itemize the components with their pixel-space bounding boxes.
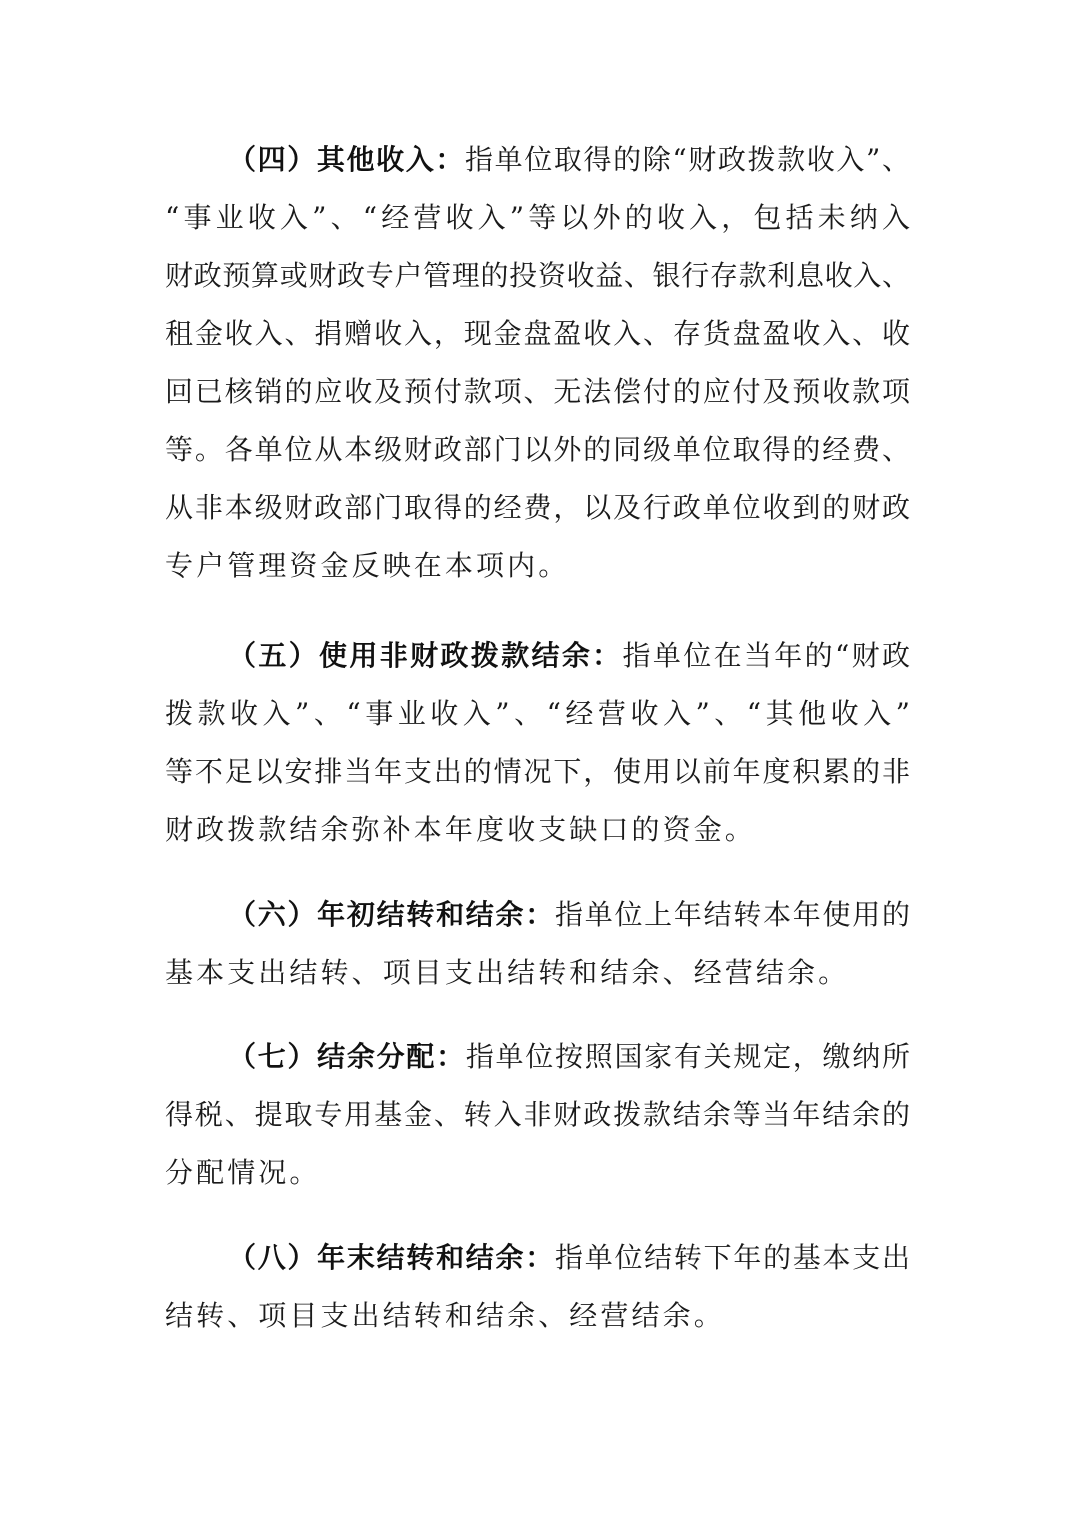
paragraph-line: 基本支出结转、项目支出结转和结余、经营结余。 — [165, 953, 910, 993]
paragraph-line: 从非本级财政部门取得的经费，以及行政单位收到的财政 — [165, 488, 910, 528]
paragraph-text: 指单位在当年的“财政 — [623, 639, 910, 672]
paragraph-line: （五）使用非财政拨款结余：指单位在当年的“财政 — [228, 636, 910, 676]
paragraph-text: 指单位上年结转本年使用的 — [555, 898, 910, 931]
document-page: （四）其他收入：指单位取得的除“财政拨款收入”、 “事业收入”、“经营收入”等以… — [0, 0, 1074, 1520]
paragraph-heading: （七）结余分配： — [228, 1040, 466, 1073]
paragraph-line: （八）年末结转和结余：指单位结转下年的基本支出 — [228, 1238, 910, 1278]
paragraph-text: 指单位结转下年的基本支出 — [555, 1241, 910, 1274]
paragraph-line: 租金收入、捐赠收入，现金盘盈收入、存货盘盈收入、收 — [165, 314, 910, 354]
paragraph-heading: （五）使用非财政拨款结余： — [228, 639, 623, 672]
paragraph-heading: （八）年末结转和结余： — [228, 1241, 555, 1274]
paragraph-heading: （四）其他收入： — [228, 143, 465, 176]
paragraph-text: 指单位取得的除“财政拨款收入”、 — [465, 143, 910, 176]
paragraph-line: “事业收入”、“经营收入”等以外的收入，包括未纳入 — [165, 198, 910, 238]
paragraph-line: 分配情况。 — [165, 1153, 910, 1193]
paragraph-line: （七）结余分配：指单位按照国家有关规定，缴纳所 — [228, 1037, 910, 1077]
paragraph-line: （四）其他收入：指单位取得的除“财政拨款收入”、 — [228, 140, 910, 180]
paragraph-line: 得税、提取专用基金、转入非财政拨款结余等当年结余的 — [165, 1095, 910, 1135]
paragraph-line: （六）年初结转和结余：指单位上年结转本年使用的 — [228, 895, 910, 935]
paragraph-text: 指单位按照国家有关规定，缴纳所 — [466, 1040, 910, 1073]
paragraph-line: 专户管理资金反映在本项内。 — [165, 546, 910, 586]
paragraph-line: 财政预算或财政专户管理的投资收益、银行存款利息收入、 — [165, 256, 910, 296]
paragraph-line: 结转、项目支出结转和结余、经营结余。 — [165, 1296, 910, 1336]
paragraph-line: 拨款收入”、“事业收入”、“经营收入”、“其他收入” — [165, 694, 910, 734]
paragraph-line: 财政拨款结余弥补本年度收支缺口的资金。 — [165, 810, 910, 850]
paragraph-heading: （六）年初结转和结余： — [228, 898, 555, 931]
paragraph-line: 回已核销的应收及预付款项、无法偿付的应付及预收款项 — [165, 372, 910, 412]
paragraph-line: 等不足以安排当年支出的情况下，使用以前年度积累的非 — [165, 752, 910, 792]
paragraph-line: 等。各单位从本级财政部门以外的同级单位取得的经费、 — [165, 430, 910, 470]
